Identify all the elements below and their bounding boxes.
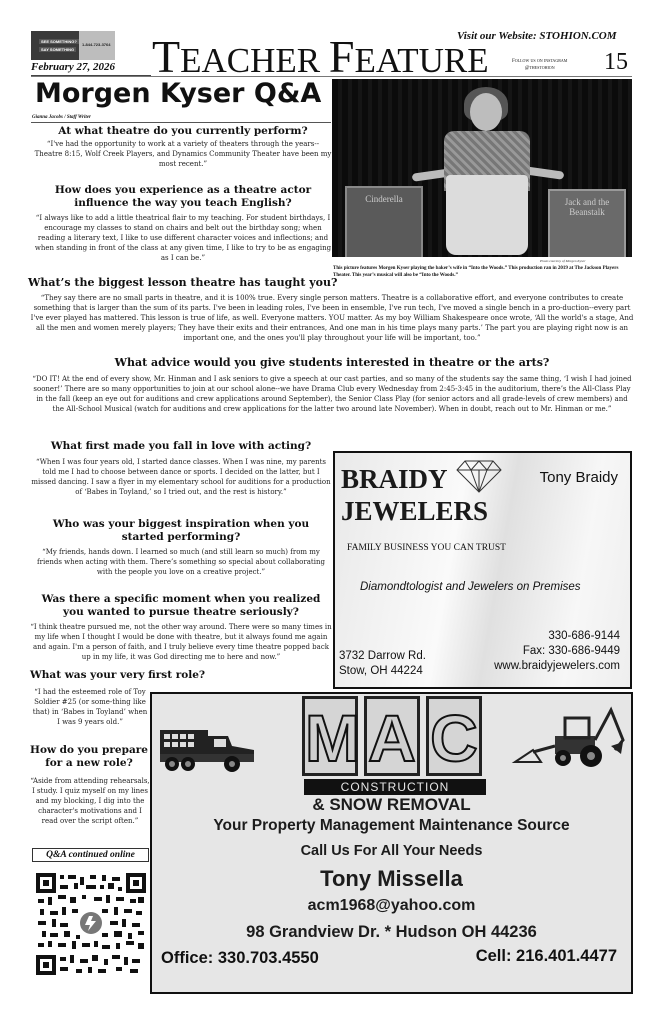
badge-line2: SAY SOMETHING [39,47,76,52]
answer-text: “My friends, hands down. I learned so mu… [30,547,332,577]
question-heading: At what theatre do you currently perform… [34,125,332,138]
braidy-tagline: FAMILY BUSINESS YOU CAN TRUST [347,543,506,553]
braidy-owner: Tony Braidy [540,469,618,486]
braidy-contact: 330-686-9144 Fax: 330-686-9449 www.braid… [494,629,620,674]
answer-text: “They say there are no small parts in th… [30,293,634,343]
logo-letter: A [364,696,420,776]
braidy-jewelers-ad[interactable]: BRAIDY JEWELERS Tony Braidy FAMILY BUSIN… [333,451,632,689]
mac-address: 98 Grandview Dr. * Hudson OH 44236 [152,923,631,942]
performer-apron [446,175,528,255]
answer-text: “When I was four years old, I started da… [30,457,332,497]
answer-text: “DO IT! At the end of every show, Mr. Hi… [30,374,634,414]
mac-cell-phone[interactable]: Cell: 216.401.4477 [476,947,617,966]
poster-cinderella: Cinderella [345,186,423,257]
question-heading: What advice would you give students inte… [30,356,634,369]
dump-truck-icon [158,724,258,774]
qr-code-icon[interactable] [36,873,146,975]
answer-text: “Aside from attending rehearsals, I stud… [30,776,150,826]
braidy-website[interactable]: www.braidyjewelers.com [494,659,620,674]
question-heading: Who was your biggest inspiration when yo… [36,518,326,544]
page-number: 15 [604,49,628,76]
question-heading: What first made you fall in love with ac… [30,440,332,453]
mac-owner: Tony Missella [152,866,631,892]
question-heading: How do you prepare for a new role? [28,744,150,770]
title-initial-1: T [152,31,180,82]
article-headline: Morgen Kyser Q&A [35,78,321,109]
poster-left-label: Cinderella [347,194,421,204]
logo-letter: M [302,696,358,776]
brand-line2: JEWELERS [341,495,488,527]
photo-caption: This picture features Morgen Kyser playi… [333,265,633,279]
see-something-say-something-badge: SEE SOMETHING? SAY SOMETHING 1-844-723-3… [31,31,115,60]
poster-jack-beanstalk: Jack and the Beanstalk [548,189,626,257]
title-rest-2: EATURE [354,41,488,80]
mac-office-phone[interactable]: Office: 330.703.4550 [161,949,319,968]
mac-snow-removal: & SNOW REMOVAL [152,795,631,815]
braidy-address: 3732 Darrow Rd. Stow, OH 44224 [339,649,426,679]
issue-date: February 27, 2026 [31,61,115,73]
instagram-line1: Follow us on instagram [512,58,567,65]
answer-text: “I think theatre pursued me, not the oth… [30,622,332,662]
badge-left: SEE SOMETHING? SAY SOMETHING [31,31,79,60]
instagram-note: Follow us on instagram @thestohion [512,58,567,72]
mac-construction-label: CONSTRUCTION [304,779,486,795]
mac-logo: M A C [302,696,482,776]
byline: Gianna Jacobs / Staff Writer [32,115,91,120]
mac-call-line: Call Us For All Your Needs [152,843,631,859]
continued-online-label[interactable]: Q&A continued online [32,848,149,862]
braidy-phone[interactable]: 330-686-9144 [494,629,620,644]
photo-credit: Photo courtesy of Morgen Kyser [540,259,586,263]
performer-head [470,93,502,131]
mac-construction-ad[interactable]: M A C CONSTRUCTION & SNOW REMOVAL Your P… [150,692,633,994]
diamond-icon [456,459,502,493]
braidy-fax: Fax: 330-686-9449 [494,644,620,659]
mac-email[interactable]: acm1968@yahoo.com [152,897,631,915]
question-heading: How does you experience as a theatre act… [40,184,326,210]
poster-right-label: Jack and the Beanstalk [550,197,624,217]
answer-text: “I always like to add a little theatrica… [34,213,332,263]
answer-text: “I had the esteemed role of Toy Soldier … [32,687,148,727]
address-line1: 3732 Darrow Rd. [339,649,426,664]
title-initial-2: F [329,31,355,82]
question-heading: What was your very first role? [30,669,230,682]
featured-photo: Cinderella Jack and the Beanstalk [332,79,632,257]
question-heading: Was there a specific moment when you rea… [30,593,332,619]
backhoe-icon [511,706,627,772]
answer-text: “I've had the opportunity to work at a v… [34,139,332,169]
badge-right: 1-844-723-3764 [79,31,115,60]
address-line2: Stow, OH 44224 [339,664,426,679]
badge-line1: SEE SOMETHING? [39,39,79,44]
badge-phone: 1-844-723-3764 [82,42,110,47]
question-heading: What’s the biggest lesson theatre has ta… [28,276,338,289]
instagram-handle[interactable]: @thestohion [512,65,567,72]
title-rest-1: EACHER [180,41,329,80]
header-rule [31,76,632,77]
website-link[interactable]: Visit our Website: STOHION.COM [457,30,617,42]
mac-tagline: Your Property Management Maintenance Sou… [152,817,631,835]
braidy-specialty: Diamondtologist and Jewelers on Premises [360,581,581,593]
logo-letter: C [426,696,482,776]
divider [31,122,331,123]
